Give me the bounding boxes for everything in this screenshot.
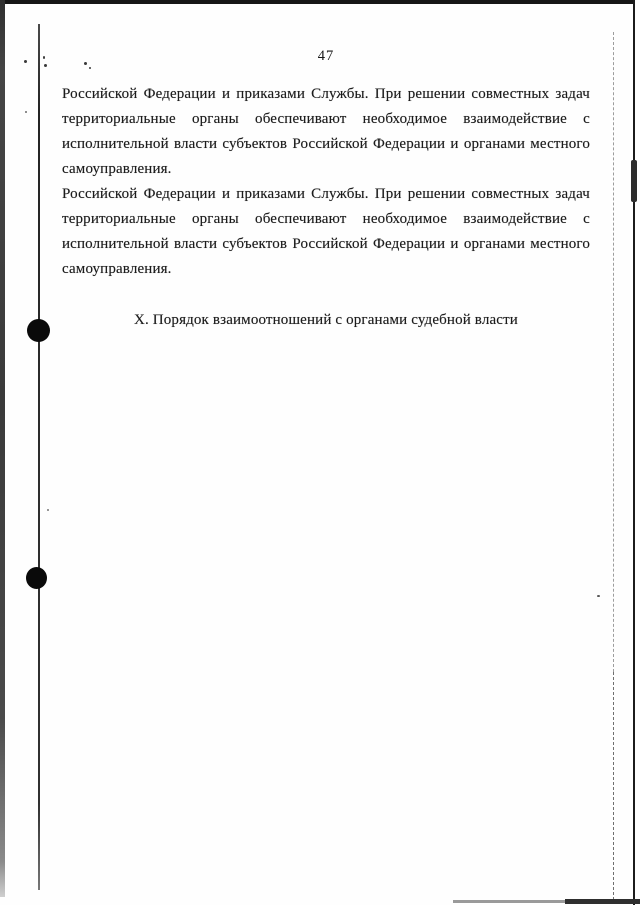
scan-edge-left xyxy=(0,0,5,897)
scan-edge-right xyxy=(633,0,635,905)
scan-speck xyxy=(597,595,600,597)
text-line: территориальные органы обеспечивают необ… xyxy=(62,207,590,232)
scan-speck xyxy=(43,56,45,59)
left-margin-rule-line xyxy=(38,24,40,890)
hole-punch-bottom xyxy=(26,567,47,589)
scan-speck xyxy=(89,67,91,69)
hole-punch-top xyxy=(27,319,50,342)
text-column: Российской Федерации и приказами Службы.… xyxy=(62,82,590,333)
section-heading: X. Порядок взаимоотношений с органами су… xyxy=(62,308,590,333)
scan-speck xyxy=(25,111,27,113)
text-line: самоуправления. xyxy=(62,157,590,182)
scan-artifact-bottom-bar-light xyxy=(453,900,565,903)
text-line: территориальные органы обеспечивают необ… xyxy=(62,107,590,132)
page-number: 47 xyxy=(62,48,590,65)
right-dashed-binding-line xyxy=(613,32,614,672)
paragraph-intro-continuation: Российской Федерации и приказами Службы.… xyxy=(62,82,590,282)
text-line: исполнительной власти субъектов Российск… xyxy=(62,132,590,157)
text-line: исполнительной власти субъектов Российск… xyxy=(62,232,590,257)
scan-edge-top xyxy=(5,0,635,4)
scanned-document-page: 47 Российской Федерации и приказами Служ… xyxy=(0,0,640,905)
scan-speck xyxy=(24,60,27,63)
text-line: самоуправления. xyxy=(62,257,590,282)
scan-edge-right-blob xyxy=(631,160,637,202)
scan-speck xyxy=(47,509,49,511)
scan-speck xyxy=(44,64,47,67)
right-dashed-binding-line-lower xyxy=(613,672,614,900)
text-line: Российской Федерации и приказами Службы.… xyxy=(62,82,590,107)
paragraph: Российской Федерации и приказами Службы.… xyxy=(62,82,590,182)
text-line: Российской Федерации и приказами Службы.… xyxy=(62,182,590,207)
scan-artifact-bottom-bar-dark xyxy=(565,899,640,904)
